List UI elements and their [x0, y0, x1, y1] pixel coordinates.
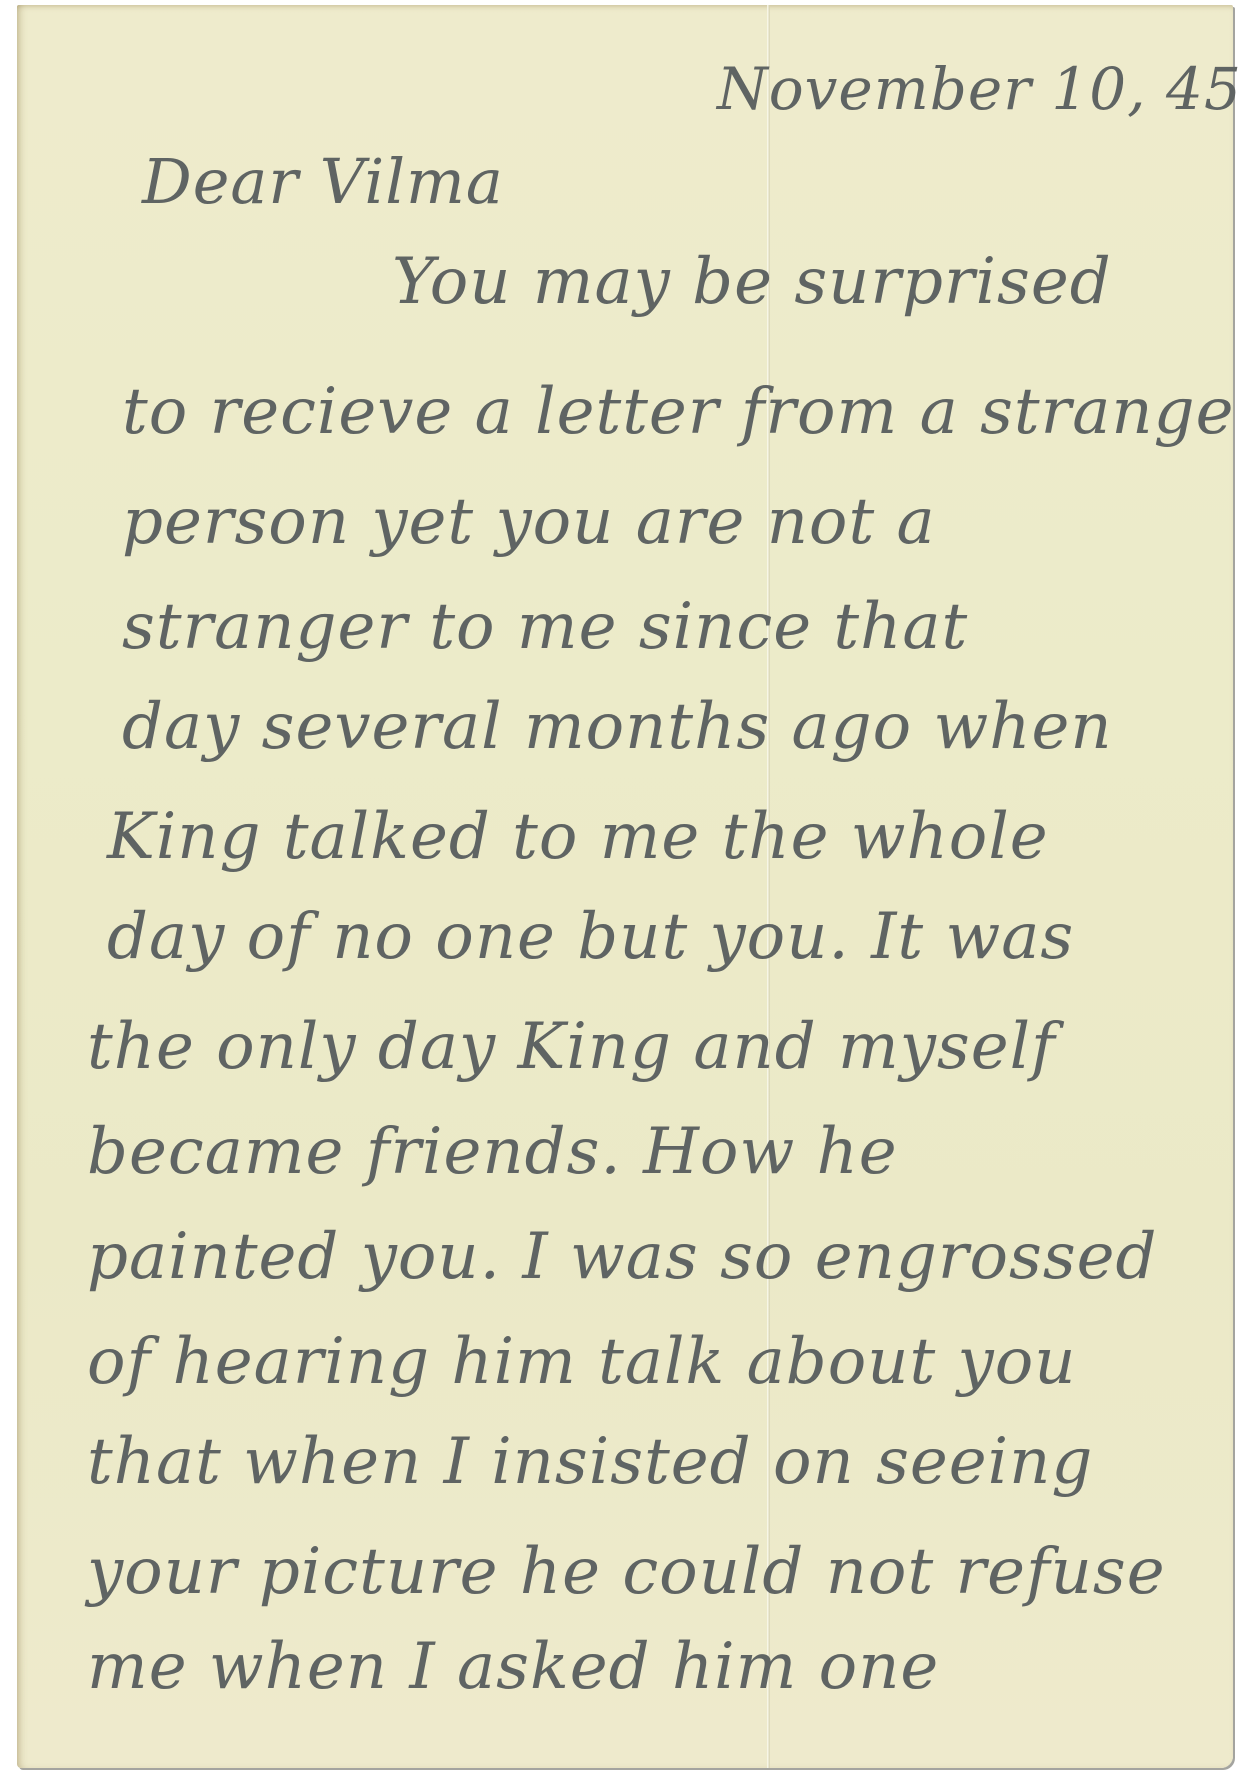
letter-line: day of no one but you. It was	[107, 900, 1074, 974]
letter-line: to recieve a letter from a strange	[122, 375, 1234, 449]
letter-line: became friends. How he	[87, 1115, 898, 1189]
letter-line: day several months ago when	[122, 690, 1113, 764]
letter-line: that when I insisted on seeing	[87, 1425, 1093, 1499]
letter-line: the only day King and myself	[87, 1010, 1056, 1084]
letter-line: stranger to me since that	[122, 590, 968, 664]
letter-line: You may be surprised	[392, 245, 1112, 319]
letter-date: November 10, 45	[717, 55, 1242, 123]
letter-salutation: Dear Vilma	[142, 145, 504, 218]
letter-line: your picture he could not refuse	[87, 1535, 1166, 1609]
letter-line: me when I asked him one	[87, 1630, 939, 1704]
letter-line: King talked to me the whole	[107, 800, 1049, 874]
letter-line: painted you. I was so engrossed	[87, 1220, 1158, 1294]
letter-line: person yet you are not a	[122, 485, 936, 559]
letter-paper: November 10, 45 Dear Vilma You may be su…	[17, 5, 1233, 1768]
letter-line: of hearing him talk about you	[87, 1325, 1076, 1399]
